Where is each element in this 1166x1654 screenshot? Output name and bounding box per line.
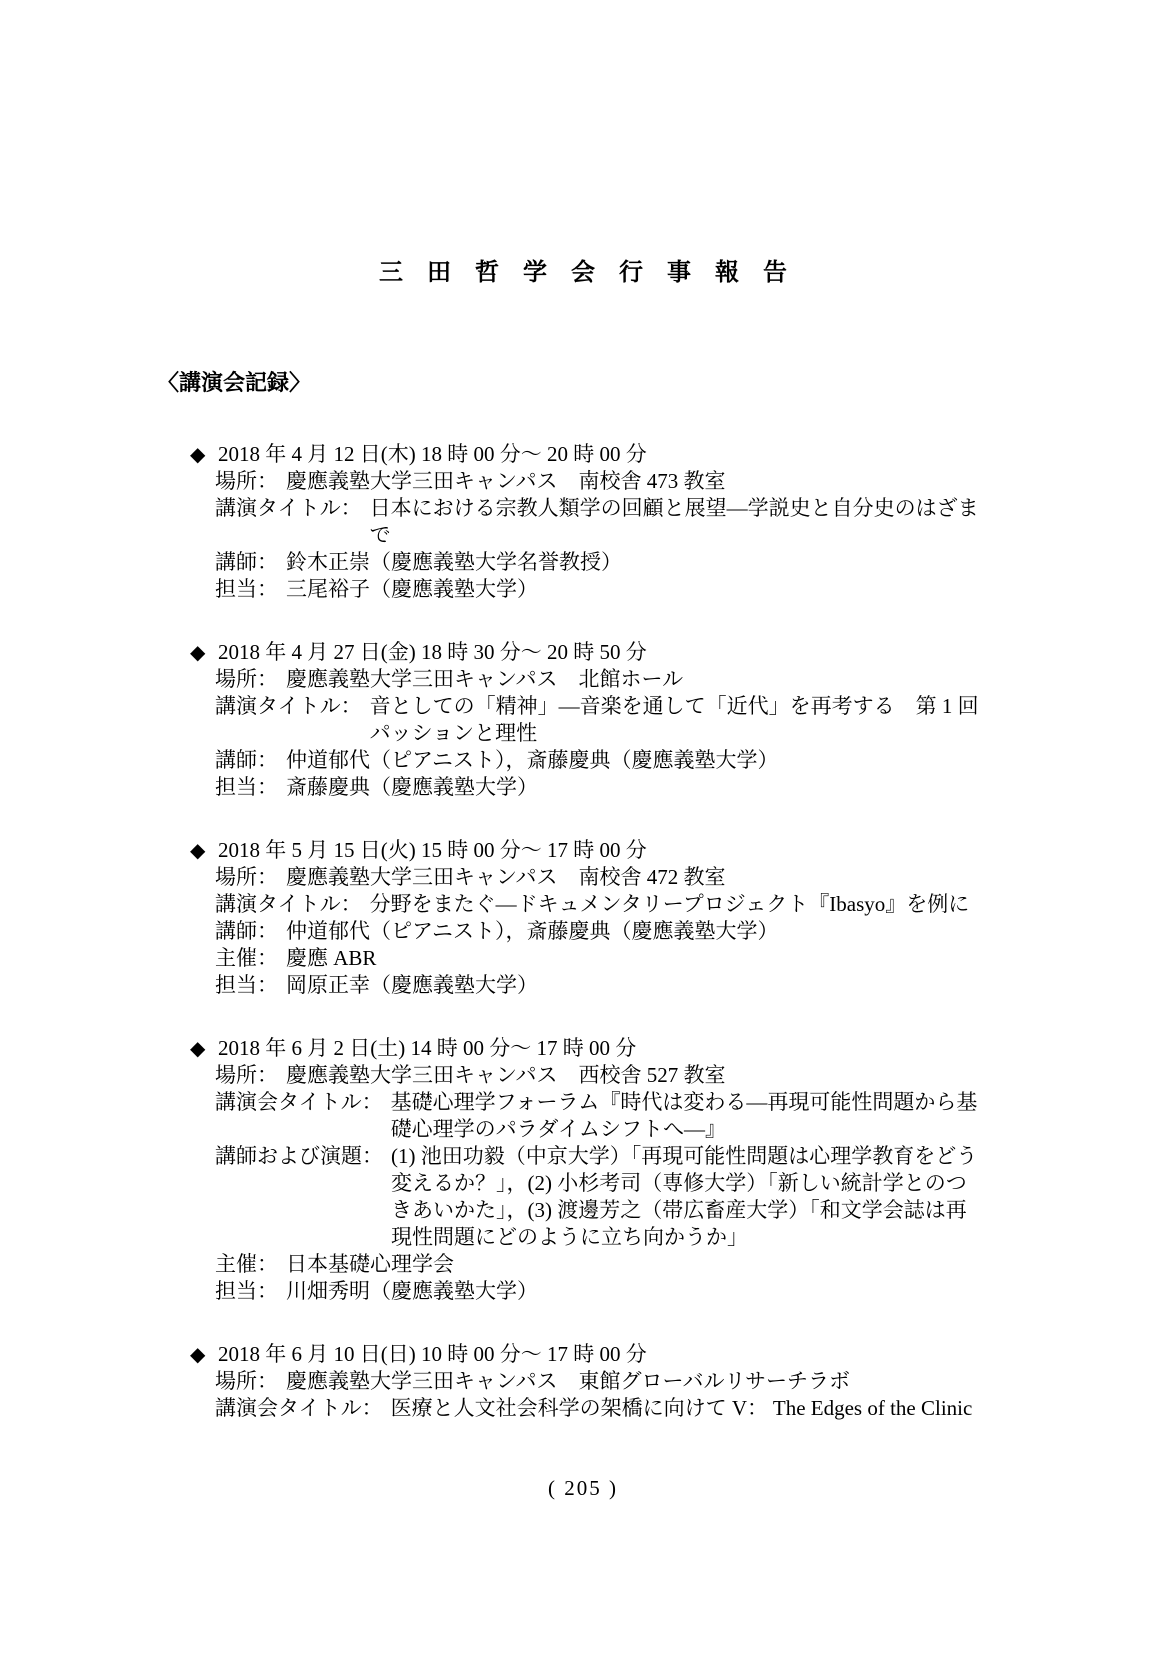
event-date-line: 2018 年 5 月 15 日(火) 15 時 00 分～ 17 時 00 分: [190, 837, 986, 864]
event-entry: 2018 年 6 月 10 日(日) 10 時 00 分～ 17 時 00 分 …: [190, 1341, 986, 1422]
field-value: 医療と人文社会科学の架橋に向けて V： The Edges of the Cli…: [391, 1395, 986, 1422]
event-field: 場所： 慶應義塾大学三田キャンパス 南校舎 472 教室: [190, 864, 986, 891]
field-label: 場所：: [215, 1062, 286, 1089]
event-field: 場所： 慶應義塾大学三田キャンパス 西校舎 527 教室: [190, 1062, 986, 1089]
field-label: 講師および演題：: [215, 1143, 391, 1251]
event-field: 場所： 慶應義塾大学三田キャンパス 東館グローバルリサーチラボ: [190, 1368, 986, 1395]
event-field: 講師： 仲道郁代（ピアニスト），斎藤慶典（慶應義塾大学）: [190, 918, 986, 945]
field-label: 担当：: [215, 1278, 286, 1305]
field-label: 講演タイトル：: [215, 495, 370, 549]
event-date: 2018 年 6 月 10 日(日) 10 時 00 分～ 17 時 00 分: [218, 1341, 647, 1368]
event-field: 主催： 日本基礎心理学会: [190, 1251, 986, 1278]
field-value: 仲道郁代（ピアニスト），斎藤慶典（慶應義塾大学）: [286, 918, 986, 945]
event-entry: 2018 年 4 月 27 日(金) 18 時 30 分～ 20 時 50 分 …: [190, 639, 986, 801]
field-value: 慶應義塾大学三田キャンパス 南校舎 472 教室: [286, 864, 986, 891]
field-label: 場所：: [215, 666, 286, 693]
event-field: 担当： 川畑秀明（慶應義塾大学）: [190, 1278, 986, 1305]
document-page: 三田哲学会行事報告 〈講演会記録〉 2018 年 4 月 12 日(木) 18 …: [0, 0, 1166, 1654]
event-date-line: 2018 年 4 月 27 日(金) 18 時 30 分～ 20 時 50 分: [190, 639, 986, 666]
field-label: 主催：: [215, 945, 286, 972]
field-value: 音としての「精神」―音楽を通して「近代」を再考する 第 1 回 パッションと理性: [370, 693, 986, 747]
event-field: 担当： 斎藤慶典（慶應義塾大学）: [190, 774, 986, 801]
field-value: 日本における宗教人類学の回顧と展望―学説史と自分史のはざまで: [370, 495, 986, 549]
field-value: 基礎心理学フォーラム『時代は変わる―再現可能性問題から基礎心理学のパラダイムシフ…: [391, 1089, 986, 1143]
field-label: 講師：: [215, 747, 286, 774]
field-label: 講師：: [215, 918, 286, 945]
event-field: 担当： 岡原正幸（慶應義塾大学）: [190, 972, 986, 999]
field-value: 慶應義塾大学三田キャンパス 南校舎 473 教室: [286, 468, 986, 495]
field-label: 場所：: [215, 468, 286, 495]
event-date: 2018 年 5 月 15 日(火) 15 時 00 分～ 17 時 00 分: [218, 837, 647, 864]
event-date: 2018 年 6 月 2 日(土) 14 時 00 分～ 17 時 00 分: [218, 1035, 636, 1062]
field-label: 講演タイトル：: [215, 891, 370, 918]
field-value: 慶應義塾大学三田キャンパス 北館ホール: [286, 666, 986, 693]
event-field: 講演タイトル： 分野をまたぐ―ドキュメンタリープロジェクト『Ibasyo』を例に: [190, 891, 986, 918]
event-field: 場所： 慶應義塾大学三田キャンパス 南校舎 473 教室: [190, 468, 986, 495]
field-label: 担当：: [215, 576, 286, 603]
field-label: 主催：: [215, 1251, 286, 1278]
field-value: 分野をまたぐ―ドキュメンタリープロジェクト『Ibasyo』を例に: [370, 891, 986, 918]
event-entry: 2018 年 6 月 2 日(土) 14 時 00 分～ 17 時 00 分 場…: [190, 1035, 986, 1305]
event-entry: 2018 年 5 月 15 日(火) 15 時 00 分～ 17 時 00 分 …: [190, 837, 986, 999]
field-label: 講演会タイトル：: [215, 1089, 391, 1143]
field-value: 慶應義塾大学三田キャンパス 西校舎 527 教室: [286, 1062, 986, 1089]
event-fields: 場所： 慶應義塾大学三田キャンパス 西校舎 527 教室 講演会タイトル： 基礎…: [190, 1062, 986, 1305]
field-value: 岡原正幸（慶應義塾大学）: [286, 972, 986, 999]
field-value: 慶應 ABR: [286, 945, 986, 972]
field-label: 場所：: [215, 1368, 286, 1395]
field-label: 講師：: [215, 549, 286, 576]
event-date-line: 2018 年 6 月 2 日(土) 14 時 00 分～ 17 時 00 分: [190, 1035, 986, 1062]
event-field: 場所： 慶應義塾大学三田キャンパス 北館ホール: [190, 666, 986, 693]
field-value: 斎藤慶典（慶應義塾大学）: [286, 774, 986, 801]
event-field: 講演タイトル： 日本における宗教人類学の回顧と展望―学説史と自分史のはざまで: [190, 495, 986, 549]
event-field: 講師および演題： (1) 池田功毅（中京大学）「再現可能性問題は心理学教育をどう…: [190, 1143, 986, 1251]
event-fields: 場所： 慶應義塾大学三田キャンパス 南校舎 472 教室 講演タイトル： 分野を…: [190, 864, 986, 999]
field-label: 講演会タイトル：: [215, 1395, 391, 1422]
diamond-bullet-icon: [190, 837, 218, 864]
event-fields: 場所： 慶應義塾大学三田キャンパス 東館グローバルリサーチラボ 講演会タイトル：…: [190, 1368, 986, 1422]
page-title: 三田哲学会行事報告: [0, 252, 1166, 287]
event-field: 担当： 三尾裕子（慶應義塾大学）: [190, 576, 986, 603]
section-heading: 〈講演会記録〉: [157, 366, 311, 397]
event-list: 2018 年 4 月 12 日(木) 18 時 00 分～ 20 時 00 分 …: [190, 441, 986, 1458]
field-value: 慶應義塾大学三田キャンパス 東館グローバルリサーチラボ: [286, 1368, 986, 1395]
event-fields: 場所： 慶應義塾大学三田キャンパス 南校舎 473 教室 講演タイトル： 日本に…: [190, 468, 986, 603]
event-field: 主催： 慶應 ABR: [190, 945, 986, 972]
event-field: 講演タイトル： 音としての「精神」―音楽を通して「近代」を再考する 第 1 回 …: [190, 693, 986, 747]
event-field: 講演会タイトル： 基礎心理学フォーラム『時代は変わる―再現可能性問題から基礎心理…: [190, 1089, 986, 1143]
event-date: 2018 年 4 月 27 日(金) 18 時 30 分～ 20 時 50 分: [218, 639, 647, 666]
field-value: 川畑秀明（慶應義塾大学）: [286, 1278, 986, 1305]
diamond-bullet-icon: [190, 1341, 218, 1368]
diamond-bullet-icon: [190, 1035, 218, 1062]
event-fields: 場所： 慶應義塾大学三田キャンパス 北館ホール 講演タイトル： 音としての「精神…: [190, 666, 986, 801]
diamond-bullet-icon: [190, 441, 218, 468]
event-date: 2018 年 4 月 12 日(木) 18 時 00 分～ 20 時 00 分: [218, 441, 647, 468]
field-label: 講演タイトル：: [215, 693, 370, 747]
field-value: 三尾裕子（慶應義塾大学）: [286, 576, 986, 603]
event-date-line: 2018 年 6 月 10 日(日) 10 時 00 分～ 17 時 00 分: [190, 1341, 986, 1368]
event-field: 講演会タイトル： 医療と人文社会科学の架橋に向けて V： The Edges o…: [190, 1395, 986, 1422]
event-date-line: 2018 年 4 月 12 日(木) 18 時 00 分～ 20 時 00 分: [190, 441, 986, 468]
event-field: 講師： 仲道郁代（ピアニスト），斎藤慶典（慶應義塾大学）: [190, 747, 986, 774]
field-label: 場所：: [215, 864, 286, 891]
field-value: 仲道郁代（ピアニスト），斎藤慶典（慶應義塾大学）: [286, 747, 986, 774]
field-value: 日本基礎心理学会: [286, 1251, 986, 1278]
field-value: (1) 池田功毅（中京大学）「再現可能性問題は心理学教育をどう変えるか？」，(2…: [391, 1143, 986, 1251]
event-entry: 2018 年 4 月 12 日(木) 18 時 00 分～ 20 時 00 分 …: [190, 441, 986, 603]
diamond-bullet-icon: [190, 639, 218, 666]
field-label: 担当：: [215, 774, 286, 801]
field-label: 担当：: [215, 972, 286, 999]
event-field: 講師： 鈴木正崇（慶應義塾大学名誉教授）: [190, 549, 986, 576]
field-value: 鈴木正崇（慶應義塾大学名誉教授）: [286, 549, 986, 576]
page-number: ( 205 ): [0, 1476, 1166, 1501]
